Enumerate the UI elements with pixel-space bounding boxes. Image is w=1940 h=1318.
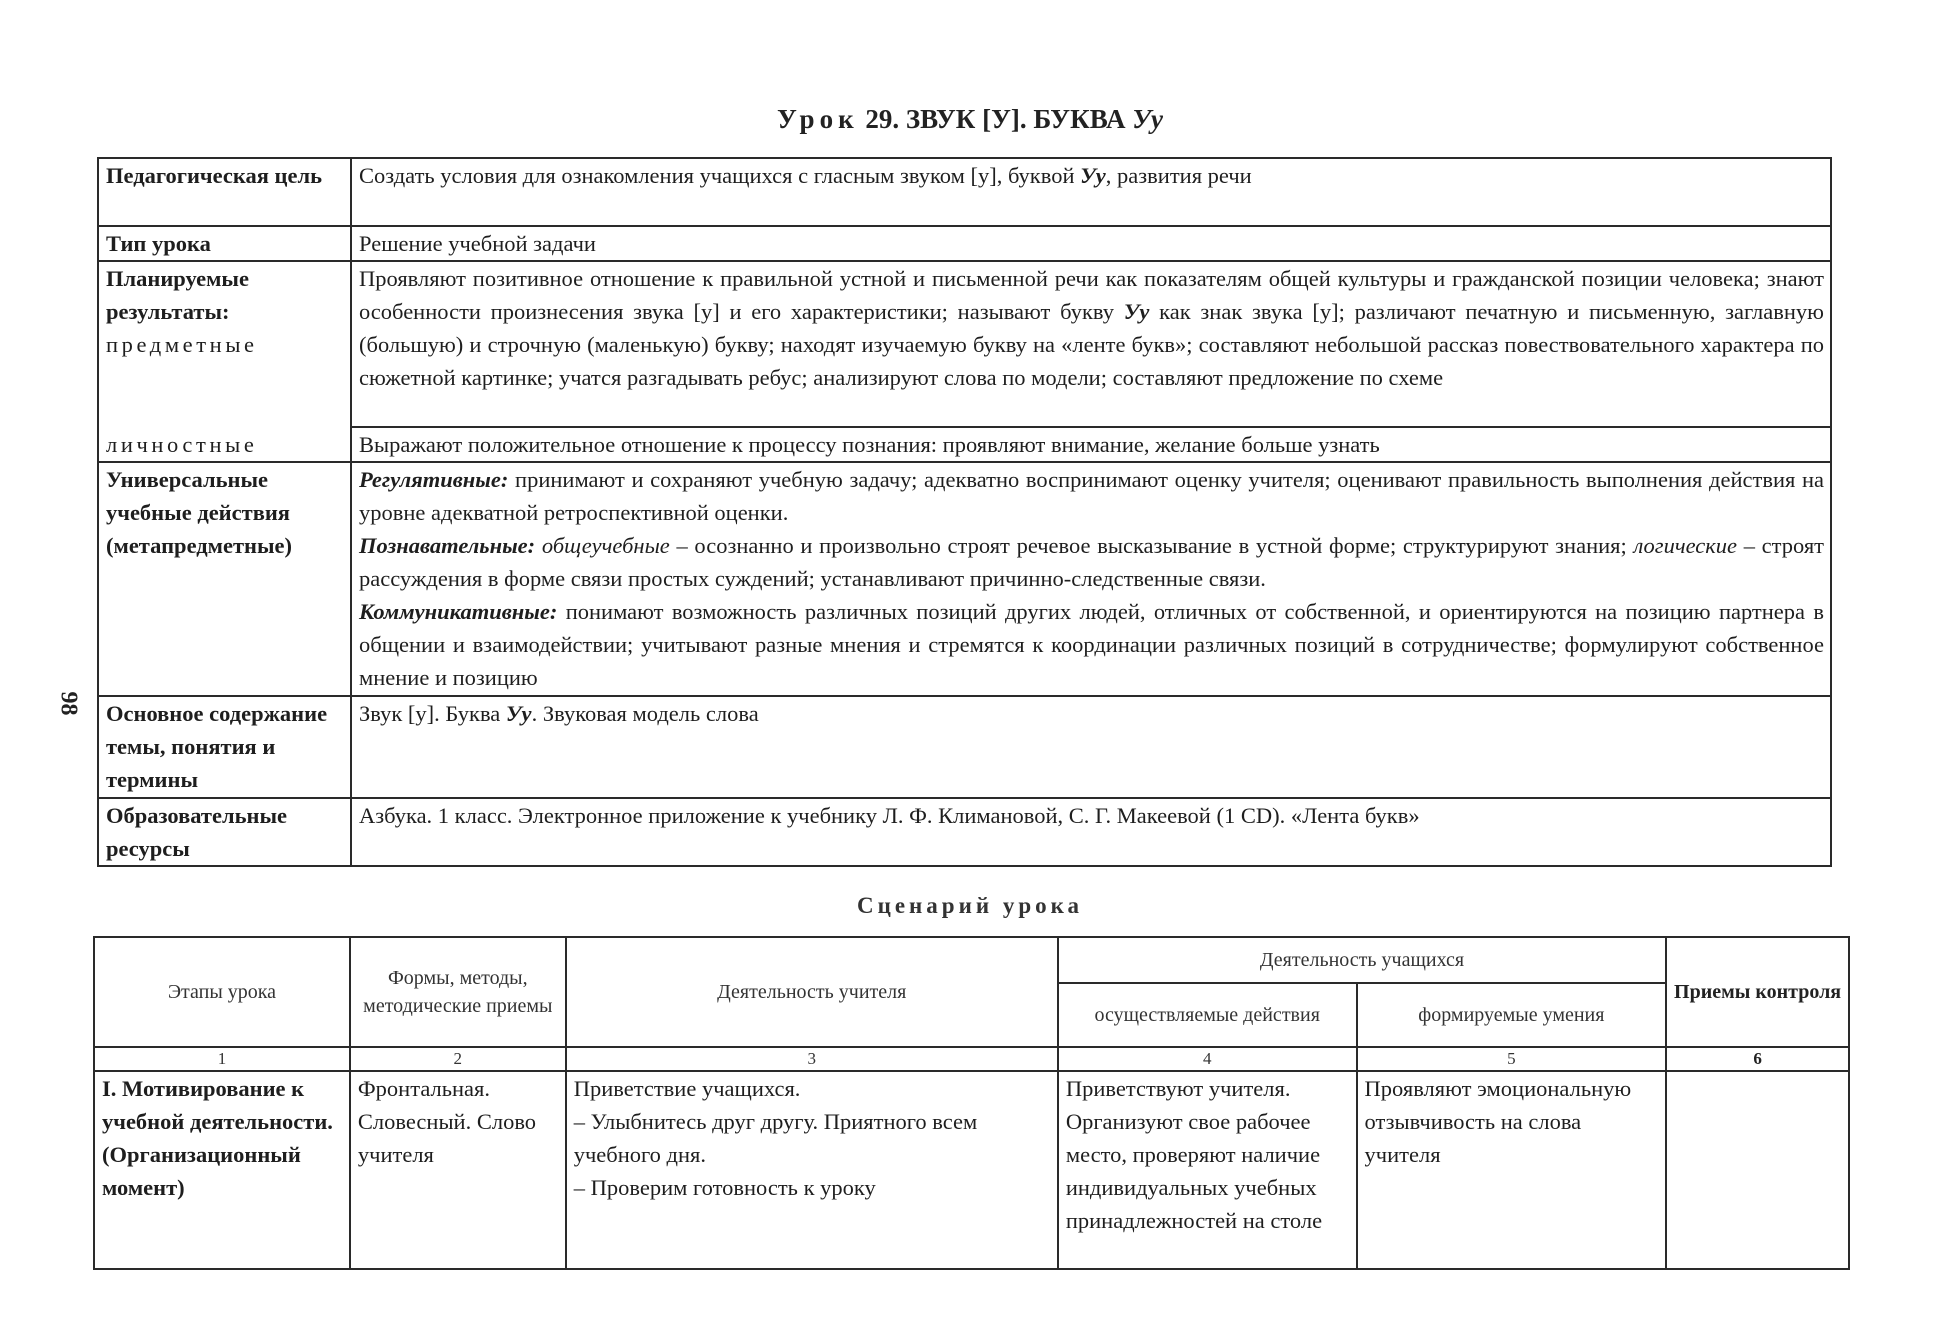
- communicative-text: понимают возможность различных позиций д…: [359, 599, 1824, 690]
- forms-cell: Фронтальная. Словесный. Слово учителя: [350, 1071, 566, 1269]
- teacher-line: – Проверим готовность к уроку: [574, 1171, 1051, 1204]
- header-students: Деятельность учащихся: [1058, 937, 1666, 983]
- page-number: 98: [55, 692, 82, 716]
- title-prefix: Урок: [777, 104, 859, 134]
- skills-cell: Проявляют эмоциональную отзывчивость на …: [1357, 1071, 1667, 1269]
- cognitive-general-label: общеучебные: [542, 533, 670, 558]
- table-row: Планируемые результаты: предметные лично…: [98, 261, 1831, 427]
- cognitive-general-text: – осознанно и произвольно строят речевое…: [670, 533, 1634, 558]
- header-students-actions: осуществляемые действия: [1058, 983, 1357, 1047]
- subject-results-letter: Уу: [1124, 299, 1150, 324]
- subject-results-value: Проявляют позитивное отношение к правиль…: [351, 261, 1831, 427]
- lesson-info-table: Педагогическая цель Создать условия для …: [97, 157, 1832, 867]
- table-row: Выражают положительное отношение к проце…: [98, 427, 1831, 462]
- column-number: 1: [94, 1047, 350, 1071]
- table-row: Образовательные ресурсы Азбука. 1 класс.…: [98, 798, 1831, 866]
- planned-results-label: Планируемые результаты: предметные лично…: [98, 261, 351, 462]
- content-label: Основное содержание темы, понятия и терм…: [98, 696, 351, 798]
- actions-cell: Приветствуют учителя. Организуют свое ра…: [1058, 1071, 1357, 1269]
- table-row: Универсальные учебные действия (метапред…: [98, 462, 1831, 696]
- scenario-table: Этапы урока Формы, методы, методические …: [93, 936, 1850, 1270]
- content-value: Звук [у]. Буква Уу. Звуковая модель слов…: [351, 696, 1831, 798]
- header-teacher: Деятельность учителя: [566, 937, 1058, 1047]
- uud-cognitive: Познавательные: общеучебные – осознанно …: [359, 529, 1824, 595]
- goal-text: Создать условия для ознакомления учащихс…: [359, 163, 1080, 188]
- title-letter: Уу: [1132, 104, 1163, 134]
- goal-value: Создать условия для ознакомления учащихс…: [351, 158, 1831, 226]
- header-row: Этапы урока Формы, методы, методические …: [94, 937, 1849, 983]
- table-row: Тип урока Решение учебной задачи: [98, 226, 1831, 261]
- personal-results-label: личностные: [106, 428, 257, 461]
- content-letter: Уу: [506, 701, 532, 726]
- column-number: 6: [1666, 1047, 1849, 1071]
- header-students-skills: формируемые умения: [1357, 983, 1667, 1047]
- content-text-end: . Звуковая модель слова: [532, 701, 759, 726]
- column-number-row: 1 2 3 4 5 6: [94, 1047, 1849, 1071]
- header-stages: Этапы урока: [94, 937, 350, 1047]
- regulatory-label: Регулятивные:: [359, 467, 508, 492]
- table-row: Педагогическая цель Создать условия для …: [98, 158, 1831, 226]
- goal-label: Педагогическая цель: [98, 158, 351, 226]
- uud-value: Регулятивные: принимают и сохраняют учеб…: [351, 462, 1831, 696]
- regulatory-text: принимают и сохраняют учебную задачу; ад…: [359, 467, 1824, 525]
- resources-label: Образовательные ресурсы: [98, 798, 351, 866]
- lesson-type-value: Решение учебной задачи: [351, 226, 1831, 261]
- goal-letter: Уу: [1080, 163, 1106, 188]
- teacher-line: Приветствие учащихся.: [574, 1072, 1051, 1105]
- lesson-title: Урок 29. ЗВУК [У]. БУКВА Уу: [0, 104, 1940, 135]
- goal-text-end: , развития речи: [1106, 163, 1252, 188]
- teacher-cell: Приветствие учащихся. – Улыбнитесь друг …: [566, 1071, 1058, 1269]
- column-number: 5: [1357, 1047, 1667, 1071]
- content-text: Звук [у]. Буква: [359, 701, 506, 726]
- table-row: I. Мотивирование к учебной деятельности.…: [94, 1071, 1849, 1269]
- cognitive-logical-label: логические: [1633, 533, 1737, 558]
- uud-regulatory: Регулятивные: принимают и сохраняют учеб…: [359, 463, 1824, 529]
- personal-results-value: Выражают положительное отношение к проце…: [351, 427, 1831, 462]
- teacher-line: – Улыбнитесь друг другу. Приятного всем …: [574, 1105, 1051, 1171]
- title-main: 29. ЗВУК [У]. БУКВА: [865, 104, 1125, 134]
- control-cell: [1666, 1071, 1849, 1269]
- resources-value: Азбука. 1 класс. Электронное приложение …: [351, 798, 1831, 866]
- table-row: Основное содержание темы, понятия и терм…: [98, 696, 1831, 798]
- header-control: Приемы контроля: [1666, 937, 1849, 1047]
- planned-results-title: Планируемые результаты:: [106, 266, 249, 324]
- uud-communicative: Коммуникативные: понимают возможность ра…: [359, 595, 1824, 694]
- column-number: 4: [1058, 1047, 1357, 1071]
- subject-results-label: предметные: [106, 328, 344, 361]
- communicative-label: Коммуникативные:: [359, 599, 557, 624]
- stage-cell: I. Мотивирование к учебной деятельности.…: [94, 1071, 350, 1269]
- scenario-title: Сценарий урока: [0, 893, 1940, 919]
- column-number: 2: [350, 1047, 566, 1071]
- cognitive-label: Познавательные:: [359, 533, 535, 558]
- header-forms: Формы, методы, методические приемы: [350, 937, 566, 1047]
- column-number: 3: [566, 1047, 1058, 1071]
- lesson-type-label: Тип урока: [98, 226, 351, 261]
- uud-label: Универсальные учебные действия (метапред…: [98, 462, 351, 696]
